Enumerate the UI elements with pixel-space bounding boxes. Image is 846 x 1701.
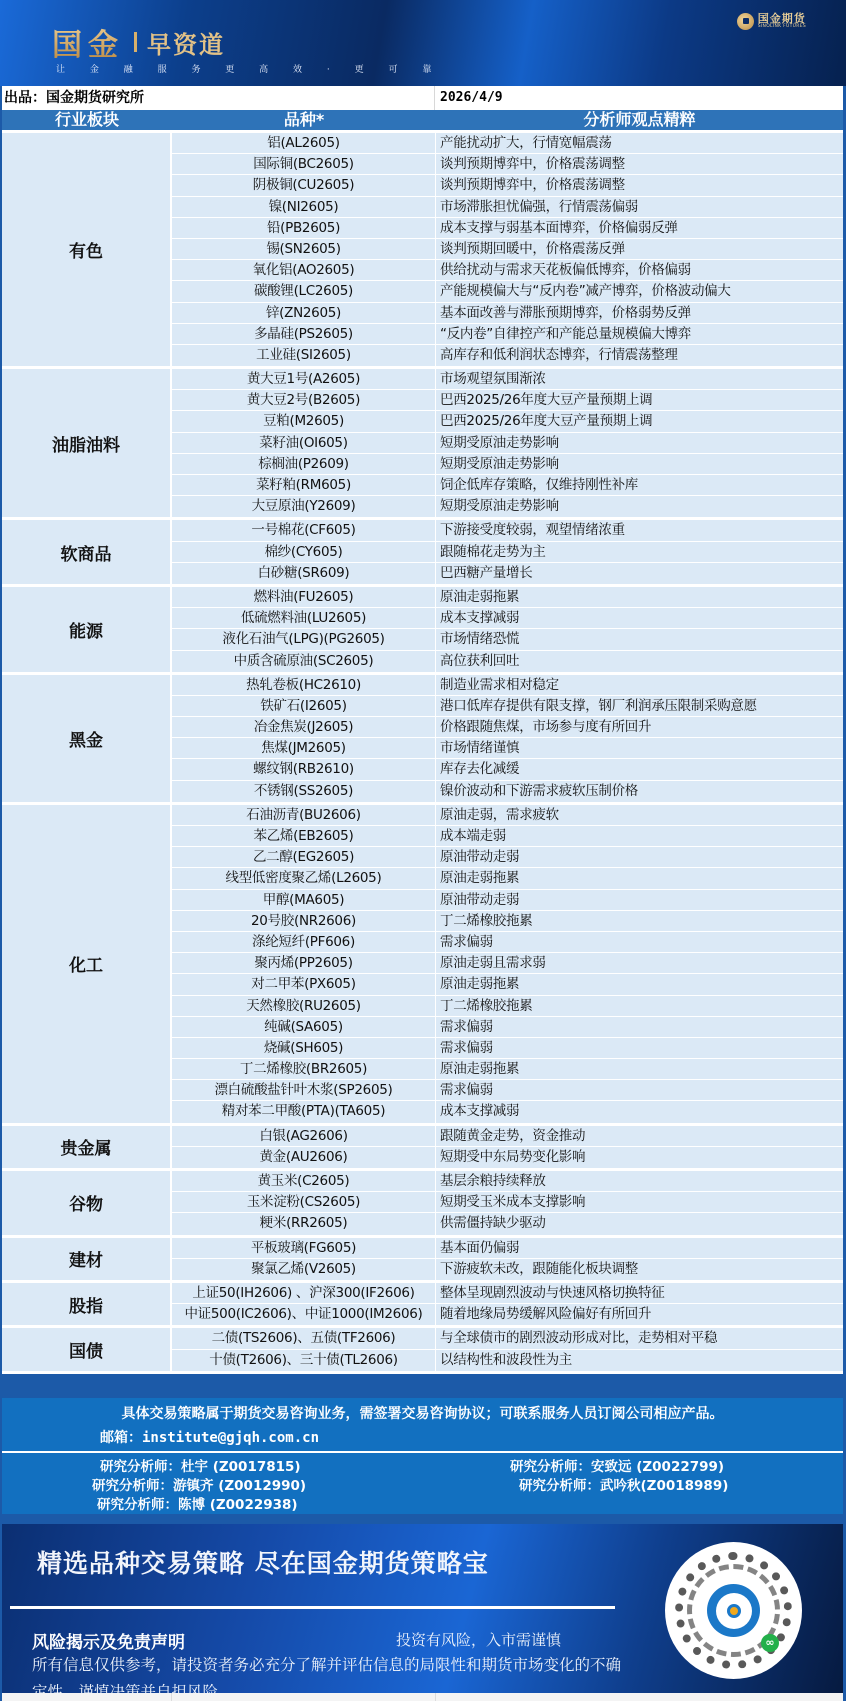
col-view: 分析师观点精粹 [436, 110, 843, 130]
view-cell: 短期受原油走势影响 [436, 433, 843, 453]
table-row: 上证50(IH2606) 、沪深300(IF2606)整体呈现剧烈波动与快速风格… [172, 1283, 843, 1304]
table-row: 多晶硅(PS2605)“反内卷”自律控产和产能总量规模偏大博弈 [172, 324, 843, 345]
sector-name: 谷物 [2, 1171, 172, 1235]
table-row: 玉米淀粉(CS2605)短期受玉米成本支撑影响 [172, 1192, 843, 1213]
view-cell: 原油走弱拖累 [436, 1059, 843, 1079]
table-row: 20号胶(NR2606)丁二烯橡胶拖累 [172, 911, 843, 932]
table-row: 燃料油(FU2605)原油走弱拖累 [172, 587, 843, 608]
view-cell: 跟随黄金走势，资金推动 [436, 1126, 843, 1146]
analyst-1: 研究分析师：杜宇 (Z0017815) [100, 1455, 301, 1475]
sector-rows: 热轧卷板(HC2610)制造业需求相对稳定铁矿石(I2605)港口低库存提供有限… [172, 675, 843, 802]
variety-cell: 多晶硅(PS2605) [172, 324, 436, 344]
table-row: 粳米(RR2605)供需僵持缺少驱动 [172, 1213, 843, 1234]
table-row: 锡(SN2605)谈判预期回暖中，价格震荡反弹 [172, 239, 843, 260]
variety-cell: 不锈钢(SS2605) [172, 781, 436, 802]
table-row: 热轧卷板(HC2610)制造业需求相对稳定 [172, 675, 843, 696]
table-row: 锌(ZN2605)基本面改善与滞胀预期博弈，价格弱势反弹 [172, 303, 843, 324]
view-cell: 短期受中东局势变化影响 [436, 1147, 843, 1168]
sector-group: 建材平板玻璃(FG605)基本面仍偏弱聚氯乙烯(V2605)下游疲软未改，跟随能… [2, 1238, 843, 1283]
sector-group: 黑金热轧卷板(HC2610)制造业需求相对稳定铁矿石(I2605)港口低库存提供… [2, 675, 843, 805]
table-row: 涤纶短纤(PF606)需求偏弱 [172, 932, 843, 953]
table-row: 镍(NI2605)市场滞胀担忧偏强，行情震荡偏弱 [172, 197, 843, 218]
variety-cell: 黄金(AU2606) [172, 1147, 436, 1168]
analyst-2: 研究分析师：安致远 (Z0022799) [510, 1455, 724, 1475]
variety-cell: 天然橡胶(RU2605) [172, 996, 436, 1016]
brand-name-en: SINOLINK FUTURES [758, 25, 806, 30]
view-cell: 产能规模偏大与“反内卷”减产博弈，价格波动偏大 [436, 281, 843, 301]
table-row: 漂白硫酸盐针叶木浆(SP2605)需求偏弱 [172, 1080, 843, 1101]
view-cell: 短期受原油走势影响 [436, 454, 843, 474]
table-row: 菜籽油(OI605)短期受原油走势影响 [172, 433, 843, 454]
sector-group: 有色铝(AL2605)产能扰动扩大，行情宽幅震荡国际铜(BC2605)谈判预期博… [2, 133, 843, 369]
risk-disclaimer: 所有信息仅供参考，请投资者务必充分了解并评估信息的局限性和期货市场变化的不确定性… [32, 1652, 622, 1693]
table-row: 十债(T2606)、三十债(TL2606)以结构性和波段性为主 [172, 1350, 843, 1371]
variety-cell: 乙二醇(EG2605) [172, 847, 436, 867]
table-row: 不锈钢(SS2605)镍价波动和下游需求疲软压制价格 [172, 781, 843, 802]
variety-cell: 黄大豆2号(B2605) [172, 390, 436, 410]
sector-rows: 二债(TS2606)、五债(TF2606)与全球债市的剧烈波动形成对比，走势相对… [172, 1328, 843, 1370]
view-cell: 饲企低库存策略，仅维持刚性补库 [436, 475, 843, 495]
view-cell: 市场观望氛围渐浓 [436, 369, 843, 389]
view-cell: 高库存和低利润状态博弈，行情震荡整理 [436, 345, 843, 366]
sector-group: 软商品一号棉花(CF605)下游接受度较弱，观望情绪浓重棉纱(CY605)跟随棉… [2, 520, 843, 587]
table-row: 棉纱(CY605)跟随棉花走势为主 [172, 542, 843, 563]
sector-rows: 白银(AG2606)跟随黄金走势，资金推动黄金(AU2606)短期受中东局势变化… [172, 1126, 843, 1168]
view-cell: 丁二烯橡胶拖累 [436, 996, 843, 1016]
table-row: 线型低密度聚乙烯(L2605)原油走弱拖累 [172, 868, 843, 889]
variety-cell: 石油沥青(BU2606) [172, 805, 436, 825]
variety-cell: 菜籽粕(RM605) [172, 475, 436, 495]
analyst-3: 研究分析师：游镇齐 (Z0012990) [92, 1474, 306, 1494]
variety-cell: 丁二烯橡胶(BR2605) [172, 1059, 436, 1079]
table-row: 碳酸锂(LC2605)产能规模偏大与“反内卷”减产博弈，价格波动偏大 [172, 281, 843, 302]
variety-cell: 低硫燃料油(LU2605) [172, 608, 436, 628]
view-cell: 以结构性和波段性为主 [436, 1350, 843, 1371]
view-cell: 成本支撑与弱基本面博弈，价格偏弱反弹 [436, 218, 843, 238]
brand-text: 国金期货 SINOLINK FUTURES [758, 13, 806, 30]
view-cell: 市场情绪谨慎 [436, 738, 843, 758]
view-cell: 整体呈现剧烈波动与快速风格切换特征 [436, 1283, 843, 1303]
variety-cell: 十债(T2606)、三十债(TL2606) [172, 1350, 436, 1371]
mini-program-icon: ∞ [761, 1634, 779, 1652]
table-row: 白银(AG2606)跟随黄金走势，资金推动 [172, 1126, 843, 1147]
table-row: 白砂糖(SR609)巴西糖产量增长 [172, 563, 843, 584]
sector-group: 股指上证50(IH2606) 、沪深300(IF2606)整体呈现剧烈波动与快速… [2, 1283, 843, 1328]
view-cell: 基层余粮持续释放 [436, 1171, 843, 1191]
variety-cell: 纯碱(SA605) [172, 1017, 436, 1037]
table-row: 黄玉米(C2605)基层余粮持续释放 [172, 1171, 843, 1192]
variety-cell: 镍(NI2605) [172, 197, 436, 217]
slogan: 让 金 融 服 务 更 高 效 · 更 可 靠 [56, 62, 442, 75]
sector-name: 化工 [2, 805, 172, 1123]
variety-cell: 豆粕(M2605) [172, 411, 436, 431]
view-cell: 供需僵持缺少驱动 [436, 1213, 843, 1234]
variety-cell: 漂白硫酸盐针叶木浆(SP2605) [172, 1080, 436, 1100]
view-cell: 与全球债市的剧烈波动形成对比，走势相对平稳 [436, 1328, 843, 1348]
table-row: 烧碱(SH605)需求偏弱 [172, 1038, 843, 1059]
brand-name-cn: 国金期货 [758, 13, 806, 24]
table-row: 中质含硫原油(SC2605)高位获利回吐 [172, 651, 843, 672]
view-cell: 港口低库存提供有限支撑，钢厂利润承压限制采购意愿 [436, 696, 843, 716]
table-row: 石油沥青(BU2606)原油走弱，需求疲软 [172, 805, 843, 826]
view-cell: 短期受原油走势影响 [436, 496, 843, 517]
view-cell: 库存去化减缓 [436, 759, 843, 779]
table-row: 平板玻璃(FG605)基本面仍偏弱 [172, 1238, 843, 1259]
sector-name: 黑金 [2, 675, 172, 802]
sector-group: 贵金属白银(AG2606)跟随黄金走势，资金推动黄金(AU2606)短期受中东局… [2, 1126, 843, 1171]
sector-rows: 黄玉米(C2605)基层余粮持续释放玉米淀粉(CS2605)短期受玉米成本支撑影… [172, 1171, 843, 1235]
view-cell: 下游接受度较弱，观望情绪浓重 [436, 520, 843, 540]
table-row: 铝(AL2605)产能扰动扩大，行情宽幅震荡 [172, 133, 843, 154]
table-header: 行业板块 品种* 分析师观点精粹 [2, 110, 843, 133]
variety-cell: 平板玻璃(FG605) [172, 1238, 436, 1258]
table-row: 液化石油气(LPG)(PG2605)市场情绪恐慌 [172, 629, 843, 650]
view-cell: 原油带动走弱 [436, 847, 843, 867]
sector-group: 谷物黄玉米(C2605)基层余粮持续释放玉米淀粉(CS2605)短期受玉米成本支… [2, 1171, 843, 1238]
view-cell: 谈判预期博弈中，价格震荡调整 [436, 154, 843, 174]
variety-cell: 二债(TS2606)、五债(TF2606) [172, 1328, 436, 1348]
consulting-notice: 具体交易策略属于期货交易咨询业务，需签署交易咨询协议；可联系服务人员订阅公司相应… [2, 1398, 843, 1423]
header-banner: 国金 早资道 让 金 融 服 务 更 高 效 · 更 可 靠 国金期货 SINO… [0, 0, 846, 86]
analyst-5: 研究分析师：陈博 (Z0022938) [97, 1493, 298, 1513]
sector-rows: 铝(AL2605)产能扰动扩大，行情宽幅震荡国际铜(BC2605)谈判预期博弈中… [172, 133, 843, 366]
logo-main: 国金 [52, 20, 124, 64]
view-cell: 市场滞胀担忧偏强，行情震荡偏弱 [436, 197, 843, 217]
table-row: 黄大豆1号(A2605)市场观望氛围渐浓 [172, 369, 843, 390]
view-cell: 制造业需求相对稳定 [436, 675, 843, 695]
sector-group: 油脂油料黄大豆1号(A2605)市场观望氛围渐浓黄大豆2号(B2605)巴西20… [2, 369, 843, 520]
variety-cell: 棕榈油(P2609) [172, 454, 436, 474]
promo-title: 精选品种交易策略 尽在国金期货策略宝 [37, 1544, 489, 1580]
view-cell: 原油走弱拖累 [436, 868, 843, 888]
sector-name: 建材 [2, 1238, 172, 1280]
variety-cell: 中证500(IC2606)、中证1000(IM2606) [172, 1304, 436, 1325]
variety-cell: 冶金焦炭(J2605) [172, 717, 436, 737]
table-row: 聚氯乙烯(V2605)下游疲软未改，跟随能化板块调整 [172, 1259, 843, 1280]
variety-cell: 铁矿石(I2605) [172, 696, 436, 716]
variety-cell: 锡(SN2605) [172, 239, 436, 259]
table-row: 低硫燃料油(LU2605)成本支撑减弱 [172, 608, 843, 629]
table-row: 焦煤(JM2605)市场情绪谨慎 [172, 738, 843, 759]
table-row: 二债(TS2606)、五债(TF2606)与全球债市的剧烈波动形成对比，走势相对… [172, 1328, 843, 1349]
table-row: 国际铜(BC2605)谈判预期博弈中，价格震荡调整 [172, 154, 843, 175]
risk-tagline: 投资有风险，入市需谨慎 [396, 1629, 561, 1650]
compass-logo-icon [707, 1584, 760, 1637]
variety-cell: 线型低密度聚乙烯(L2605) [172, 868, 436, 888]
tail-cell [172, 1693, 436, 1701]
variety-cell: 20号胶(NR2606) [172, 911, 436, 931]
sector-group: 化工石油沥青(BU2606)原油走弱，需求疲软苯乙烯(EB2605)成本端走弱乙… [2, 805, 843, 1126]
table-row: 黄金(AU2606)短期受中东局势变化影响 [172, 1147, 843, 1168]
table-row: 铅(PB2605)成本支撑与弱基本面博弈，价格偏弱反弹 [172, 218, 843, 239]
variety-cell: 精对苯二甲酸(PTA)(TA605) [172, 1101, 436, 1122]
view-cell: 需求偏弱 [436, 1017, 843, 1037]
sector-group: 能源燃料油(FU2605)原油走弱拖累低硫燃料油(LU2605)成本支撑减弱液化… [2, 587, 843, 675]
variety-cell: 棉纱(CY605) [172, 542, 436, 562]
table-row: 豆粕(M2605)巴西2025/26年度大豆产量预期上调 [172, 411, 843, 432]
variety-cell: 上证50(IH2606) 、沪深300(IF2606) [172, 1283, 436, 1303]
sector-name: 能源 [2, 587, 172, 672]
view-cell: 基本面仍偏弱 [436, 1238, 843, 1258]
variety-cell: 玉米淀粉(CS2605) [172, 1192, 436, 1212]
view-cell: 谈判预期回暖中，价格震荡反弹 [436, 239, 843, 259]
view-cell: 需求偏弱 [436, 932, 843, 952]
compass-inner [716, 1593, 752, 1629]
table-row: 螺纹钢(RB2610)库存去化减缓 [172, 759, 843, 780]
table-row: 棕榈油(P2609)短期受原油走势影响 [172, 454, 843, 475]
variety-cell: 黄玉米(C2605) [172, 1171, 436, 1191]
table-row: 菜籽粕(RM605)饲企低库存策略，仅维持刚性补库 [172, 475, 843, 496]
variety-cell: 对二甲苯(PX605) [172, 974, 436, 994]
sector-rows: 平板玻璃(FG605)基本面仍偏弱聚氯乙烯(V2605)下游疲软未改，跟随能化板… [172, 1238, 843, 1280]
sector-rows: 一号棉花(CF605)下游接受度较弱，观望情绪浓重棉纱(CY605)跟随棉花走势… [172, 520, 843, 584]
sector-rows: 黄大豆1号(A2605)市场观望氛围渐浓黄大豆2号(B2605)巴西2025/2… [172, 369, 843, 517]
variety-cell: 氧化铝(AO2605) [172, 260, 436, 280]
variety-cell: 液化石油气(LPG)(PG2605) [172, 629, 436, 649]
logo-sub: 早资道 [147, 25, 225, 60]
brand-mark-icon [737, 13, 754, 30]
analyst-4: 研究分析师：武吟秋(Z0018989) [519, 1474, 728, 1494]
view-cell: 丁二烯橡胶拖累 [436, 911, 843, 931]
variety-cell: 焦煤(JM2605) [172, 738, 436, 758]
sector-rows: 上证50(IH2606) 、沪深300(IF2606)整体呈现剧烈波动与快速风格… [172, 1283, 843, 1325]
table-row: 阴极铜(CU2605)谈判预期博弈中，价格震荡调整 [172, 175, 843, 196]
view-cell: 产能扰动扩大，行情宽幅震荡 [436, 133, 843, 153]
sector-name: 软商品 [2, 520, 172, 584]
view-cell: 原油带动走弱 [436, 890, 843, 910]
col-sector: 行业板块 [2, 110, 172, 130]
view-cell: 成本支撑减弱 [436, 608, 843, 628]
view-cell: 巴西2025/26年度大豆产量预期上调 [436, 411, 843, 431]
sector-name: 有色 [2, 133, 172, 366]
variety-cell: 国际铜(BC2605) [172, 154, 436, 174]
table-row: 对二甲苯(PX605)原油走弱拖累 [172, 974, 843, 995]
variety-cell: 铅(PB2605) [172, 218, 436, 238]
table-row: 黄大豆2号(B2605)巴西2025/26年度大豆产量预期上调 [172, 390, 843, 411]
contact-email[interactable]: 邮箱：institute@gjqh.com.cn [2, 1427, 843, 1449]
sector-group: 国债二债(TS2606)、五债(TF2606)与全球债市的剧烈波动形成对比，走势… [2, 1328, 843, 1373]
view-cell: 原油走弱，需求疲软 [436, 805, 843, 825]
variety-cell: 阴极铜(CU2605) [172, 175, 436, 195]
analyst-list: 研究分析师：杜宇 (Z0017815) 研究分析师：安致远 (Z0022799)… [2, 1453, 843, 1525]
variety-cell: 热轧卷板(HC2610) [172, 675, 436, 695]
variety-cell: 白砂糖(SR609) [172, 563, 436, 584]
view-cell: 需求偏弱 [436, 1080, 843, 1100]
view-cell: 原油走弱且需求弱 [436, 953, 843, 973]
table-row: 工业硅(SI2605)高库存和低利润状态博弈，行情震荡整理 [172, 345, 843, 366]
table-row: 丁二烯橡胶(BR2605)原油走弱拖累 [172, 1059, 843, 1080]
variety-cell: 铝(AL2605) [172, 133, 436, 153]
table-row: 甲醇(MA605)原油带动走弱 [172, 890, 843, 911]
logo-divider [134, 32, 137, 52]
table-row: 聚丙烯(PP2605)原油走弱且需求弱 [172, 953, 843, 974]
table-row: 乙二醇(EG2605)原油带动走弱 [172, 847, 843, 868]
promo-divider [10, 1606, 615, 1609]
sector-name: 国债 [2, 1328, 172, 1370]
view-cell: 原油走弱拖累 [436, 587, 843, 607]
col-variety: 品种* [172, 110, 436, 130]
view-cell: 下游疲软未改，跟随能化板块调整 [436, 1259, 843, 1280]
view-cell: 谈判预期博弈中，价格震荡调整 [436, 175, 843, 195]
view-cell: “反内卷”自律控产和产能总量规模偏大博弈 [436, 324, 843, 344]
sector-rows: 石油沥青(BU2606)原油走弱，需求疲软苯乙烯(EB2605)成本端走弱乙二醇… [172, 805, 843, 1123]
view-cell: 跟随棉花走势为主 [436, 542, 843, 562]
view-cell: 价格跟随焦煤，市场参与度有所回升 [436, 717, 843, 737]
table-row: 天然橡胶(RU2605)丁二烯橡胶拖累 [172, 996, 843, 1017]
table-row: 中证500(IC2606)、中证1000(IM2606)随着地缘局势缓解风险偏好… [172, 1304, 843, 1325]
producer-label: 出品：国金期货研究所 [2, 86, 435, 110]
tail-cell [2, 1693, 172, 1701]
view-cell: 短期受玉米成本支撑影响 [436, 1192, 843, 1212]
variety-cell: 粳米(RR2605) [172, 1213, 436, 1234]
mini-program-qr-code-icon[interactable]: ∞ [665, 1542, 802, 1679]
variety-cell: 苯乙烯(EB2605) [172, 826, 436, 846]
variety-cell: 中质含硫原油(SC2605) [172, 651, 436, 672]
table-row: 苯乙烯(EB2605)成本端走弱 [172, 826, 843, 847]
view-cell: 巴西2025/26年度大豆产量预期上调 [436, 390, 843, 410]
grid-tail [2, 1693, 843, 1701]
view-cell: 需求偏弱 [436, 1038, 843, 1058]
variety-cell: 工业硅(SI2605) [172, 345, 436, 366]
footer-info: 具体交易策略属于期货交易咨询业务，需签署交易咨询协议；可联系服务人员订阅公司相应… [2, 1398, 843, 1514]
variety-cell: 聚丙烯(PP2605) [172, 953, 436, 973]
risk-title: 风险揭示及免责声明 [32, 1628, 185, 1653]
brand-logo: 国金期货 SINOLINK FUTURES [737, 13, 806, 30]
table-row: 纯碱(SA605)需求偏弱 [172, 1017, 843, 1038]
sector-rows: 燃料油(FU2605)原油走弱拖累低硫燃料油(LU2605)成本支撑减弱液化石油… [172, 587, 843, 672]
view-cell: 市场情绪恐慌 [436, 629, 843, 649]
sector-name: 油脂油料 [2, 369, 172, 517]
view-cell: 成本端走弱 [436, 826, 843, 846]
variety-cell: 锌(ZN2605) [172, 303, 436, 323]
table-row: 铁矿石(I2605)港口低库存提供有限支撑，钢厂利润承压限制采购意愿 [172, 696, 843, 717]
producer-row: 出品：国金期货研究所 2026/4/9 [2, 86, 843, 110]
view-cell: 原油走弱拖累 [436, 974, 843, 994]
table-body: 有色铝(AL2605)产能扰动扩大，行情宽幅震荡国际铜(BC2605)谈判预期博… [2, 133, 843, 1374]
view-cell: 巴西糖产量增长 [436, 563, 843, 584]
view-cell: 供给扰动与需求天花板偏低博弈，价格偏弱 [436, 260, 843, 280]
table-row: 氧化铝(AO2605)供给扰动与需求天花板偏低博弈，价格偏弱 [172, 260, 843, 281]
view-cell: 基本面改善与滞胀预期博弈，价格弱势反弹 [436, 303, 843, 323]
table-row: 精对苯二甲酸(PTA)(TA605)成本支撑减弱 [172, 1101, 843, 1122]
hero-logo: 国金 早资道 [52, 20, 225, 64]
table-row: 冶金焦炭(J2605)价格跟随焦煤，市场参与度有所回升 [172, 717, 843, 738]
variety-cell: 菜籽油(OI605) [172, 433, 436, 453]
variety-cell: 一号棉花(CF605) [172, 520, 436, 540]
variety-cell: 黄大豆1号(A2605) [172, 369, 436, 389]
sector-name: 贵金属 [2, 1126, 172, 1168]
variety-cell: 烧碱(SH605) [172, 1038, 436, 1058]
variety-cell: 涤纶短纤(PF606) [172, 932, 436, 952]
view-cell: 镍价波动和下游需求疲软压制价格 [436, 781, 843, 802]
promo-banner: 精选品种交易策略 尽在国金期货策略宝 风险揭示及免责声明 投资有风险，入市需谨慎… [2, 1524, 843, 1693]
variety-cell: 白银(AG2606) [172, 1126, 436, 1146]
table-row: 一号棉花(CF605)下游接受度较弱，观望情绪浓重 [172, 520, 843, 541]
variety-cell: 燃料油(FU2605) [172, 587, 436, 607]
page-frame: 国金 早资道 让 金 融 服 务 更 高 效 · 更 可 靠 国金期货 SINO… [0, 0, 846, 1701]
variety-cell: 聚氯乙烯(V2605) [172, 1259, 436, 1280]
sector-name: 股指 [2, 1283, 172, 1325]
table-row: 大豆原油(Y2609)短期受原油走势影响 [172, 496, 843, 517]
variety-cell: 碳酸锂(LC2605) [172, 281, 436, 301]
variety-cell: 大豆原油(Y2609) [172, 496, 436, 517]
report-date: 2026/4/9 [435, 86, 503, 110]
variety-cell: 螺纹钢(RB2610) [172, 759, 436, 779]
view-cell: 随着地缘局势缓解风险偏好有所回升 [436, 1304, 843, 1325]
view-cell: 成本支撑减弱 [436, 1101, 843, 1122]
variety-cell: 甲醇(MA605) [172, 890, 436, 910]
view-cell: 高位获利回吐 [436, 651, 843, 672]
compass-dot [727, 1604, 741, 1618]
